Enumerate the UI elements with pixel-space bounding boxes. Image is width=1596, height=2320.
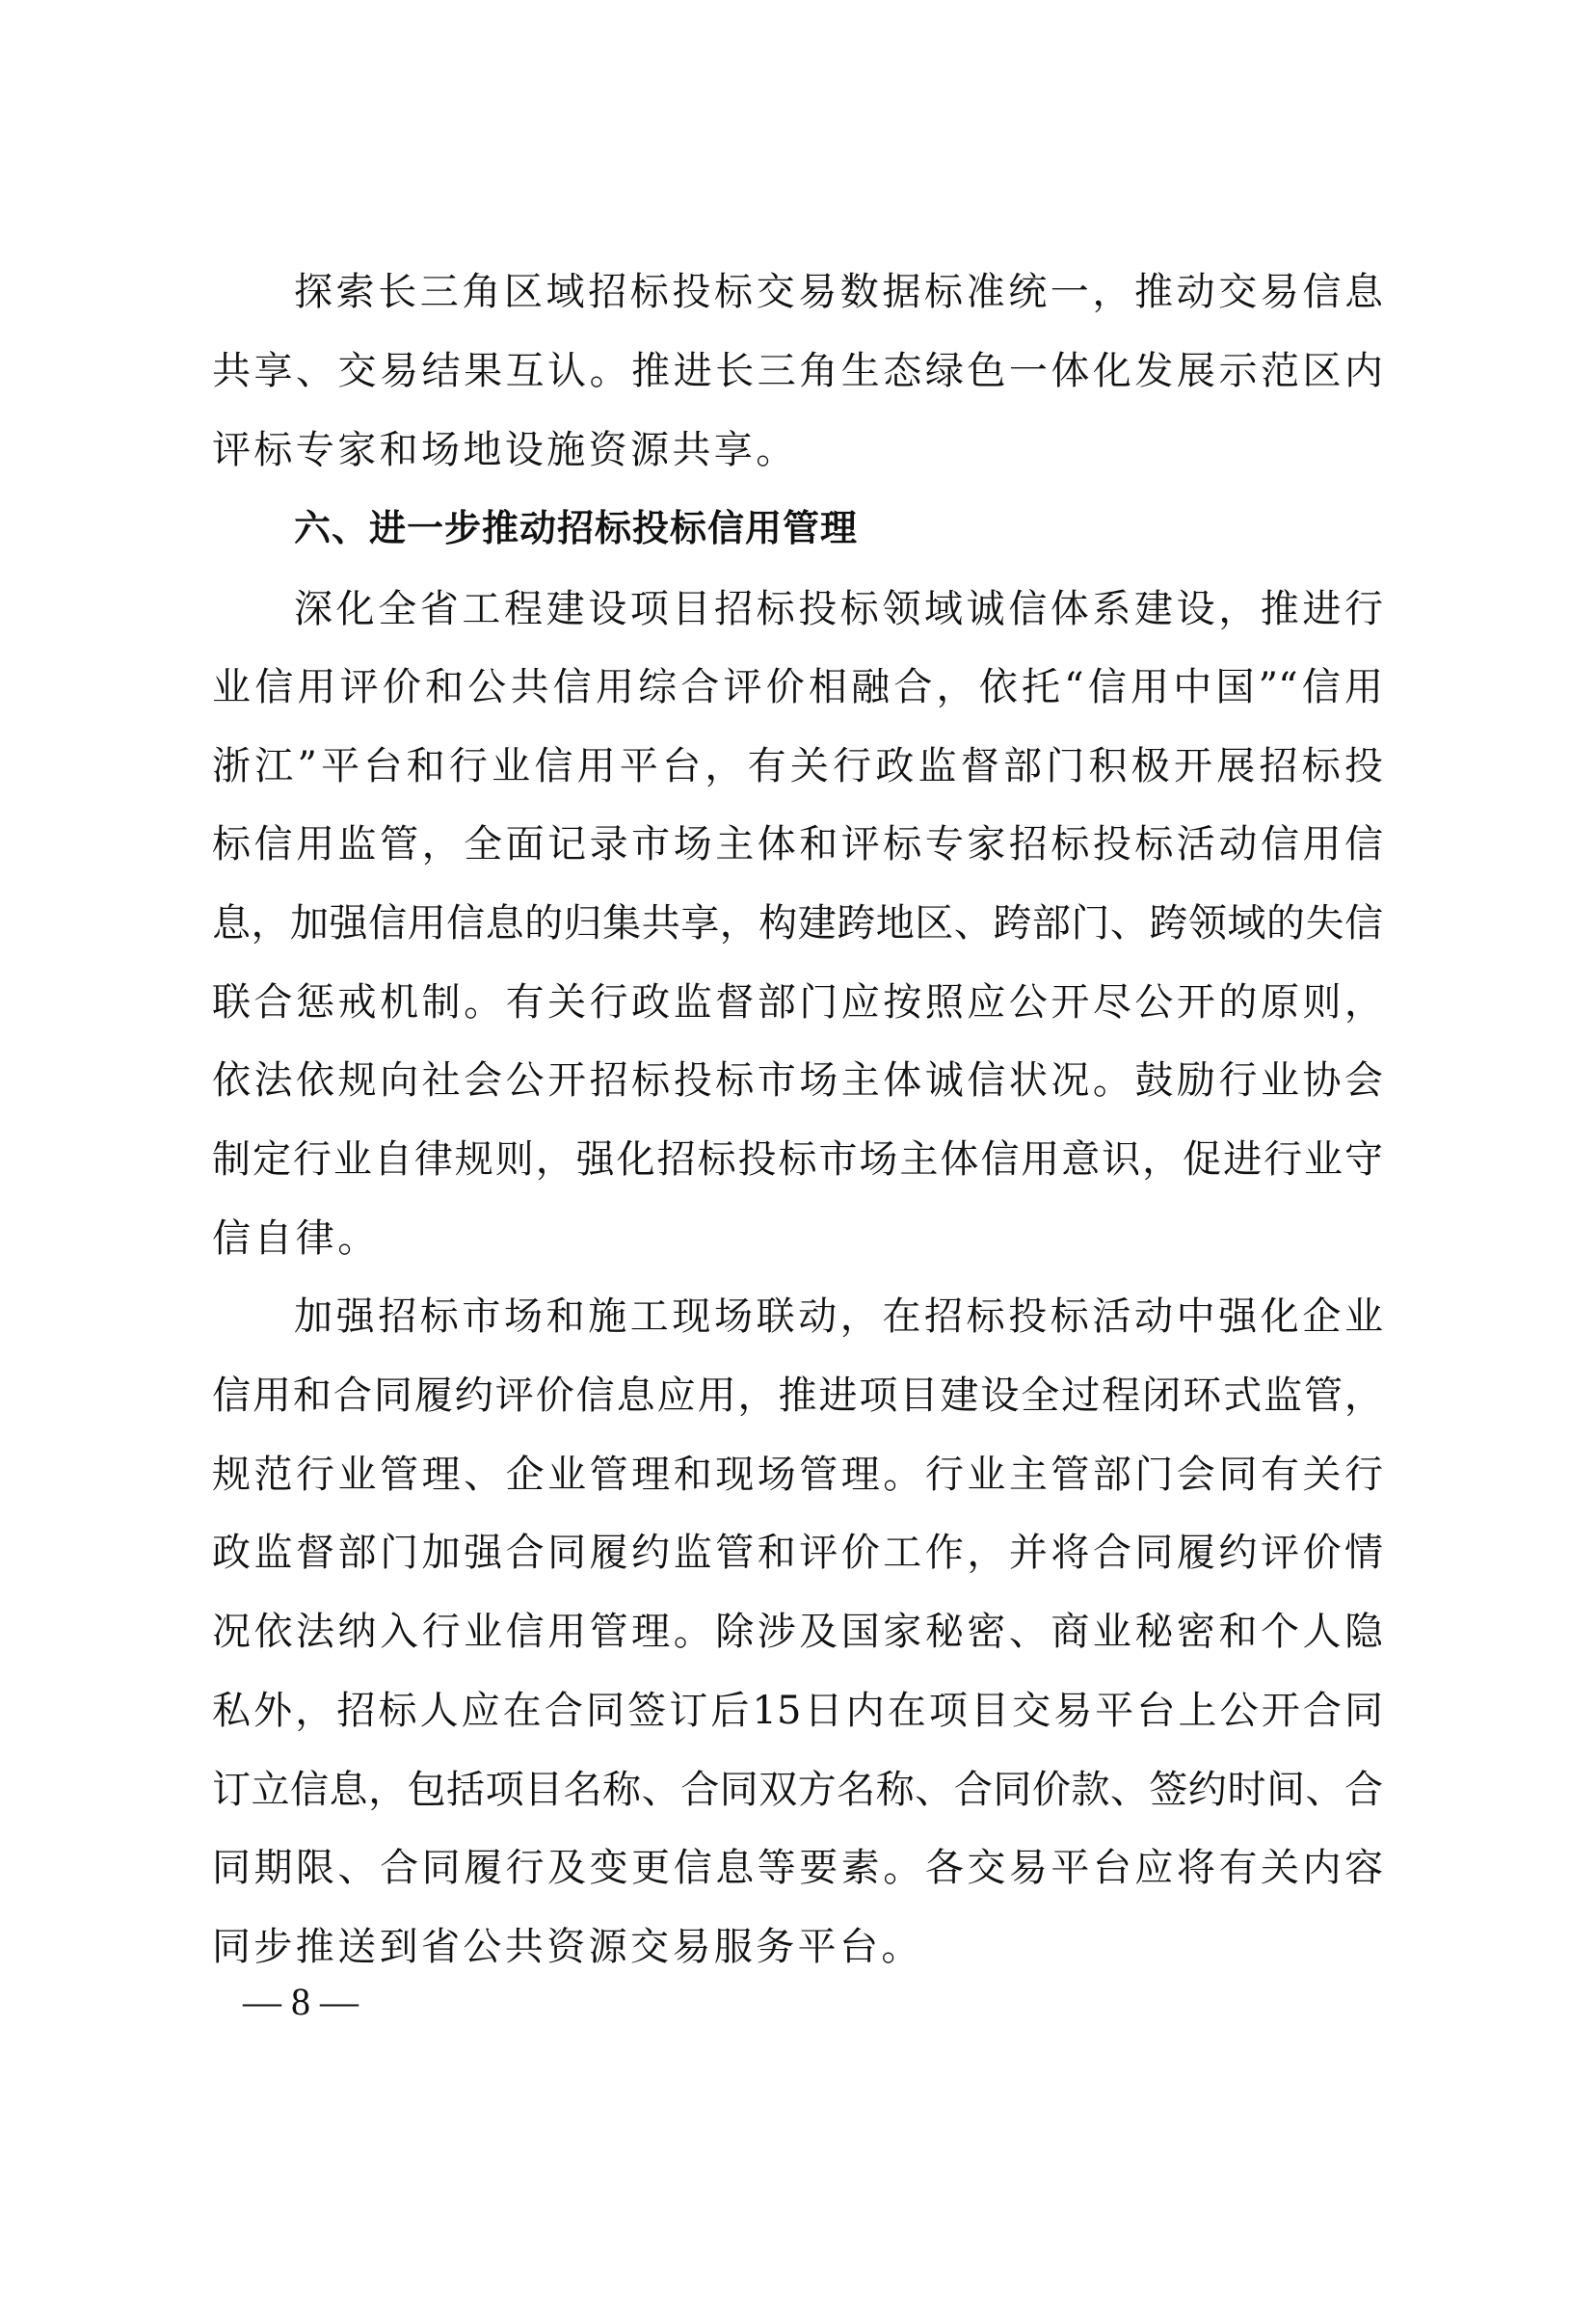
paragraph-1-line-2: 共享、交易结果互认。推进长三角生态绿色一体化发展示范区内 [212,332,1383,411]
paragraph-1-line-1: 探索长三角区域招标投标交易数据标准统一，推动交易信息 [294,253,1383,332]
paragraph-3-line-4: 政监督部门加强合同履约监管和评价工作，并将合同履约评价情 [212,1513,1383,1592]
page-number: — 8 — [243,1978,359,2026]
paragraph-3-line-1: 加强招标市场和施工现场联动，在招标投标活动中强化企业 [294,1277,1383,1356]
paragraph-2-line-5: 息，加强信用信息的归集共享，构建跨地区、跨部门、跨领域的失信 [212,884,1383,963]
paragraph-3-line-3: 规范行业管理、企业管理和现场管理。行业主管部门会同有关行 [212,1435,1383,1514]
paragraph-3-line-9: 同步推送到省公共资源交易服务平台。 [212,1907,1383,1987]
paragraph-2-line-7: 依法依规向社会公开招标投标市场主体诚信状况。鼓励行业协会 [212,1041,1383,1120]
section-heading: 六、进一步推动招标投标信用管理 [294,489,1383,568]
document-page: 探索长三角区域招标投标交易数据标准统一，推动交易信息 共享、交易结果互认。推进长… [0,0,1596,2320]
paragraph-3-line-6: 私外，招标人应在合同签订后15日内在项目交易平台上公开合同 [212,1671,1383,1750]
paragraph-3-line-8: 同期限、合同履行及变更信息等要素。各交易平台应将有关内容 [212,1828,1383,1907]
paragraph-2-line-6: 联合惩戒机制。有关行政监督部门应按照应公开尽公开的原则， [212,963,1383,1042]
paragraph-3-line-7: 订立信息，包括项目名称、合同双方名称、合同价款、签约时间、合 [212,1750,1383,1829]
paragraph-2-line-3: 浙江”平台和行业信用平台，有关行政监督部门积极开展招标投 [212,727,1383,806]
paragraph-2-line-2: 业信用评价和公共信用综合评价相融合，依托“信用中国”“信用 [212,648,1383,727]
paragraph-2-line-1: 深化全省工程建设项目招标投标领域诚信体系建设，推进行 [294,570,1383,649]
paragraph-1-line-3: 评标专家和场地设施资源共享。 [212,411,1383,490]
paragraph-2-line-8: 制定行业自律规则，强化招标投标市场主体信用意识，促进行业守 [212,1120,1383,1199]
paragraph-2-line-4: 标信用监管，全面记录市场主体和评标专家招标投标活动信用信 [212,805,1383,884]
paragraph-3-line-2: 信用和合同履约评价信息应用，推进项目建设全过程闭环式监管， [212,1356,1383,1435]
paragraph-3-line-5: 况依法纳入行业信用管理。除涉及国家秘密、商业秘密和个人隐 [212,1592,1383,1671]
paragraph-2-line-9: 信自律。 [212,1199,1383,1278]
